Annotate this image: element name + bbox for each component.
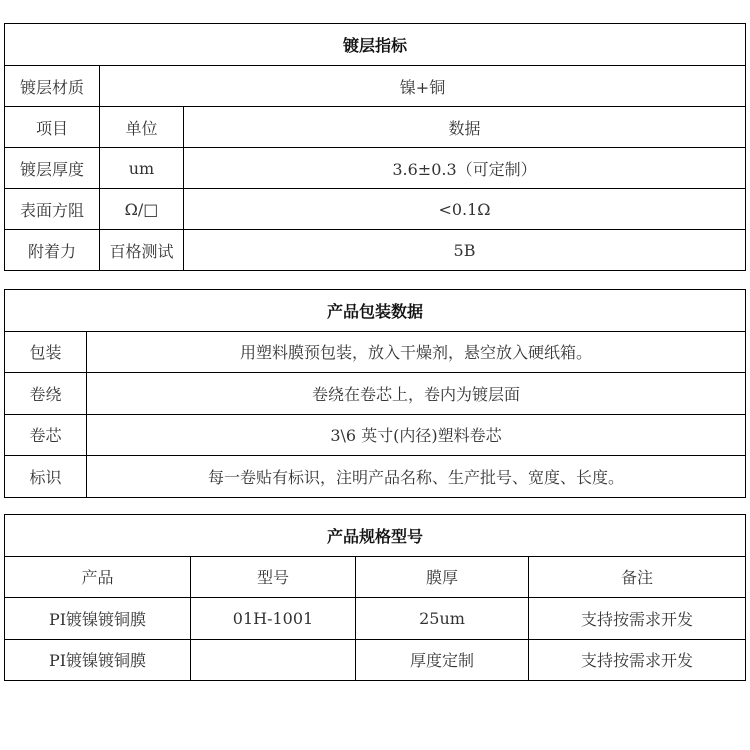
table-title-row: 产品规格型号 xyxy=(5,515,746,557)
cell-model xyxy=(191,639,356,681)
row-value: 3\6 英寸(内径)塑料卷芯 xyxy=(87,414,746,456)
row-unit: Ω/□ xyxy=(100,189,184,230)
table-row: 镀层材质 镍+铜 xyxy=(5,66,746,107)
material-value: 镍+铜 xyxy=(100,66,746,107)
cell-thickness: 厚度定制 xyxy=(356,639,529,681)
row-unit: 百格测试 xyxy=(100,230,184,271)
header-data: 数据 xyxy=(184,107,746,148)
header-unit: 单位 xyxy=(100,107,184,148)
product-spec-table: 产品规格型号 产品 型号 膜厚 备注 PI镀镍镀铜膜 01H-1001 25um… xyxy=(4,514,746,681)
table-row: 卷绕 卷绕在卷芯上，卷内为镀层面 xyxy=(5,373,746,415)
coating-spec-title: 镀层指标 xyxy=(5,24,746,66)
row-value: 每一卷贴有标识，注明产品名称、生产批号、宽度、长度。 xyxy=(87,456,746,498)
table-header-row: 项目 单位 数据 xyxy=(5,107,746,148)
table-row: 标识 每一卷贴有标识，注明产品名称、生产批号、宽度、长度。 xyxy=(5,456,746,498)
row-label: 卷绕 xyxy=(5,373,87,415)
header-remark: 备注 xyxy=(529,556,746,598)
row-unit: um xyxy=(100,148,184,189)
header-thickness: 膜厚 xyxy=(356,556,529,598)
specs-title: 产品规格型号 xyxy=(5,515,746,557)
cell-model: 01H-1001 xyxy=(191,598,356,640)
row-label: 包装 xyxy=(5,331,87,373)
table-row: 卷芯 3\6 英寸(内径)塑料卷芯 xyxy=(5,414,746,456)
header-product: 产品 xyxy=(5,556,191,598)
table-row: 包装 用塑料膜预包装，放入干燥剂，悬空放入硬纸箱。 xyxy=(5,331,746,373)
row-data: 5B xyxy=(184,230,746,271)
coating-spec-table: 镀层指标 镀层材质 镍+铜 项目 单位 数据 镀层厚度 um 3.6±0.3（可… xyxy=(4,23,746,271)
row-label: 标识 xyxy=(5,456,87,498)
row-value: 用塑料膜预包装，放入干燥剂，悬空放入硬纸箱。 xyxy=(87,331,746,373)
packaging-table: 产品包装数据 包装 用塑料膜预包装，放入干燥剂，悬空放入硬纸箱。 卷绕 卷绕在卷… xyxy=(4,289,746,498)
cell-remark: 支持按需求开发 xyxy=(529,639,746,681)
cell-thickness: 25um xyxy=(356,598,529,640)
row-item: 附着力 xyxy=(5,230,100,271)
header-item: 项目 xyxy=(5,107,100,148)
row-item: 镀层厚度 xyxy=(5,148,100,189)
row-value: 卷绕在卷芯上，卷内为镀层面 xyxy=(87,373,746,415)
table-title-row: 镀层指标 xyxy=(5,24,746,66)
row-data: 3.6±0.3（可定制） xyxy=(184,148,746,189)
material-label: 镀层材质 xyxy=(5,66,100,107)
row-label: 卷芯 xyxy=(5,414,87,456)
table-title-row: 产品包装数据 xyxy=(5,290,746,332)
packaging-title: 产品包装数据 xyxy=(5,290,746,332)
cell-product: PI镀镍镀铜膜 xyxy=(5,598,191,640)
table-row: PI镀镍镀铜膜 厚度定制 支持按需求开发 xyxy=(5,639,746,681)
header-model: 型号 xyxy=(191,556,356,598)
table-row: PI镀镍镀铜膜 01H-1001 25um 支持按需求开发 xyxy=(5,598,746,640)
cell-remark: 支持按需求开发 xyxy=(529,598,746,640)
table-row: 附着力 百格测试 5B xyxy=(5,230,746,271)
table-header-row: 产品 型号 膜厚 备注 xyxy=(5,556,746,598)
table-row: 表面方阻 Ω/□ <0.1Ω xyxy=(5,189,746,230)
row-item: 表面方阻 xyxy=(5,189,100,230)
cell-product: PI镀镍镀铜膜 xyxy=(5,639,191,681)
row-data: <0.1Ω xyxy=(184,189,746,230)
table-row: 镀层厚度 um 3.6±0.3（可定制） xyxy=(5,148,746,189)
